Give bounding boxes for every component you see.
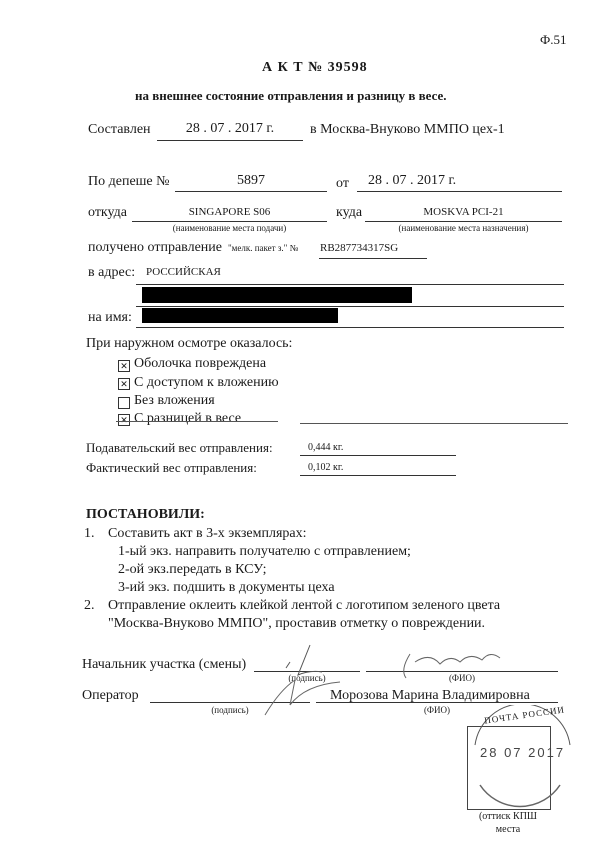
dest-label: куда bbox=[336, 205, 362, 221]
stamp-caption: (оттиск КПШ bbox=[467, 811, 549, 822]
inspection-item-label: Без вложения bbox=[134, 393, 215, 409]
received-label: получено отправление bbox=[88, 240, 222, 256]
stamp-caption: места bbox=[467, 824, 549, 835]
form-code: Ф.51 bbox=[540, 32, 567, 48]
declared-weight: 0,444 кг. bbox=[308, 442, 343, 453]
list-number: 2. bbox=[84, 598, 95, 614]
document-title: А К Т № 39598 bbox=[262, 60, 368, 76]
inspection-item-label: Оболочка повреждена bbox=[134, 356, 266, 372]
redacted-address bbox=[142, 287, 412, 303]
checkbox-no-contents[interactable] bbox=[118, 397, 130, 409]
dest-value: MOSKVA PCI-21 bbox=[365, 206, 562, 218]
resolution-sub-2: 2-ой экз.передать в КСУ; bbox=[118, 562, 267, 578]
declared-weight-label: Подавательский вес отправления: bbox=[86, 440, 273, 456]
redacted-recipient-name bbox=[142, 308, 338, 323]
chief-label: Начальник участка (смены) bbox=[82, 657, 246, 673]
operator-label: Оператор bbox=[82, 688, 139, 704]
resolution-sub-1: 1-ый экз. направить получателю с отправл… bbox=[118, 544, 411, 560]
stamp-circle bbox=[455, 705, 585, 815]
actual-weight: 0,102 кг. bbox=[308, 462, 343, 473]
origin-value: SINGAPORE S06 bbox=[132, 206, 327, 218]
inspection-item-label: С разницей в весе bbox=[134, 411, 241, 427]
resolution-item-2-line2: "Москва-Внуково ММПО", проставив отметку… bbox=[108, 616, 485, 632]
resolution-item-2-line1: Отправление оклеить клейкой лентой с лог… bbox=[108, 598, 500, 614]
resolution-item-1: Составить акт в 3-х экземплярах: bbox=[108, 526, 306, 542]
recipient-name-label: на имя: bbox=[88, 310, 132, 326]
tracking-number: RB287734317SG bbox=[320, 242, 398, 254]
list-number: 1. bbox=[84, 526, 95, 542]
resolution-heading: ПОСТАНОВИЛИ: bbox=[86, 507, 205, 523]
document-subtitle: на внешнее состояние отправления и разни… bbox=[135, 88, 447, 104]
checkbox-weight-difference[interactable]: ✕ bbox=[118, 414, 130, 426]
checkbox-shell-damaged[interactable]: ✕ bbox=[118, 360, 130, 372]
actual-weight-label: Фактический вес отправления: bbox=[86, 460, 257, 476]
compiled-date: 28 . 07 . 2017 г. bbox=[157, 121, 303, 137]
origin-label: откуда bbox=[88, 205, 127, 221]
dispatch-number: 5897 bbox=[175, 173, 327, 189]
resolution-sub-3: 3-ий экз. подшить в документы цеха bbox=[118, 580, 335, 596]
dispatch-date: 28 . 07 . 2017 г. bbox=[368, 173, 456, 189]
dispatch-label: По депеше № bbox=[88, 174, 170, 190]
origin-caption: (наименование места подачи) bbox=[132, 223, 327, 233]
checkbox-access-to-contents[interactable]: ✕ bbox=[118, 378, 130, 390]
inspection-item-label: С доступом к вложению bbox=[134, 375, 279, 391]
address-line1: РОССИЙСКАЯ bbox=[146, 266, 221, 278]
received-type: "мелк. пакет з." № bbox=[228, 243, 298, 253]
inspection-heading: При наружном осмотре оказалось: bbox=[86, 336, 292, 352]
dest-caption: (наименование места назначения) bbox=[365, 223, 562, 233]
compiled-place: в Москва-Внуково ММПО цех-1 bbox=[310, 122, 505, 138]
address-label: в адрес: bbox=[88, 265, 135, 281]
stamp-date: 28 07 2017 bbox=[480, 745, 565, 760]
dispatch-from-label: от bbox=[336, 176, 349, 192]
compiled-label: Составлен bbox=[88, 122, 151, 138]
